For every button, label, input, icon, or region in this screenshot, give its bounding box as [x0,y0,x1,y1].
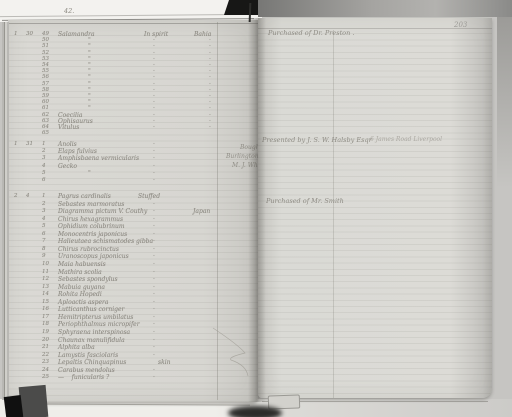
binder-clip-arm [4,395,24,417]
ditto-mark-spirit: · [153,269,155,276]
item-number: 6 [42,231,46,238]
margin-day: 31 [26,141,33,148]
remark-text: Purchased of Dr. Preston . [268,30,354,37]
top-gray-band [258,0,512,17]
species-name: Sebastes spondylus [58,276,118,283]
item-number: 17 [42,314,49,321]
species-name: Chirus hexagrammus [58,216,123,223]
item-number: 3 [42,155,46,162]
ditto-mark-spirit: · [153,223,155,230]
item-number: 3 [42,208,46,215]
item-number: 22 [42,352,49,359]
species-name: Lutticanthus corniger [58,306,124,313]
ditto-mark-spirit: · [153,291,155,298]
ditto-mark-spirit: · [153,208,155,215]
ledger-photo: 42. 1 30 49 Salamandra In spirit Bahia [0,0,512,417]
remark-subtext: 6 James Road Liverpool [370,136,442,143]
header-rule [8,23,258,24]
species-name: Carabus mendolus [58,367,115,374]
species-name: Amphisbaena vermicularis [58,155,139,162]
item-number: 1 [42,141,46,148]
row-annotation: Japan [193,208,210,215]
item-number: 4 [42,216,46,223]
item-number: 65 [42,130,49,137]
right-background [497,17,512,397]
species-name: Uranoscopus japonicus [58,253,129,260]
ditto-mark-spirit: · [153,216,155,223]
item-number: 19 [42,329,49,336]
right-page: 203 Purchased of Dr. Preston . Presented… [258,18,492,398]
item-number: 1 [42,193,46,200]
ditto-mark-spirit: · [153,170,155,177]
species-name: Aploactis aspera [58,299,108,306]
ditto-mark-spirit: · [153,337,155,344]
item-number: 10 [42,261,49,268]
ditto-mark-spirit: · [153,306,155,313]
ledger-row: 6 · [8,177,258,185]
item-number: 15 [42,299,49,306]
item-number: 11 [42,269,49,276]
ditto-mark-spirit: · [153,352,155,359]
ledger-row: 65 [8,130,258,138]
left-folio-number: 42. [64,7,74,15]
ditto-mark-spirit: · [153,141,155,148]
species-name: Sebastes marmoratus [58,201,124,208]
item-number: 7 [42,238,46,245]
item-number: 4 [42,163,46,170]
ditto-mark-spirit: · [153,261,155,268]
species-name: Chirus rubrocinctus [58,246,119,253]
ditto-mark-spirit: · [153,321,155,328]
item-number: 16 [42,306,49,313]
ditto-mark-spirit: · [153,148,155,155]
species-name: Elaps fulvius [58,148,97,155]
species-name: Pagrus cardinalis [58,193,111,200]
species-name: Sphyraena interspinosa [58,329,130,336]
item-number: 5 [42,223,46,230]
species-name: Alphita alba [58,344,95,351]
species-name: Lepaltis Chinquapinus [58,359,126,366]
ditto-mark-spirit: · [153,246,155,253]
item-number: 8 [42,246,46,253]
ditto-mark-spirit: · [153,253,155,260]
remark-text: Purchased of Mr. Smith [266,198,344,205]
species-name: Lamystis fasciolaris [58,352,118,359]
item-number: 23 [42,359,49,366]
book-gutter [248,18,266,402]
ditto-mark-spirit: · [153,374,155,381]
ditto-mark-spirit: · [153,231,155,238]
ditto-mark-spirit: · [153,344,155,351]
species-name: Maia habuensis [58,261,106,268]
item-number: 9 [42,253,46,260]
ditto-mark-spirit: · [153,314,155,321]
item-number: 12 [42,276,49,283]
row-annotation: Stuffed [138,193,160,200]
margin-day: 4 [26,193,30,200]
ditto-mark-spirit: · [153,177,155,184]
species-name: Periophthalmus micropifer [58,321,140,328]
shadow-smudge [228,406,282,417]
ditto-mark-spirit: · [153,367,155,374]
ditto-mark-name: " [88,170,91,177]
item-number: 18 [42,321,49,328]
species-name: Ophidium colubrinum [58,223,125,230]
species-name: Chaunax manulifidula [58,337,125,344]
item-number: 2 [42,201,46,208]
species-name: Mabuia guyana [58,284,105,291]
item-number: 13 [42,284,49,291]
ditto-mark-spirit: · [153,238,155,245]
column-rule [333,30,334,398]
row-annotation: skin [158,359,171,366]
species-name: Diagramma pictum V. Couthy [58,208,147,215]
ditto-mark-spirit: · [153,163,155,170]
ditto-mark-spirit: · [153,329,155,336]
right-folio-number: 203 [454,21,467,29]
species-name: Hemitripterus umbilatus [58,314,133,321]
left-page: 1 30 49 Salamandra In spirit Bahia 50 [8,20,258,402]
left-page-edges [2,22,9,400]
ditto-mark-spirit: · [153,284,155,291]
remark-text: Presented by J. S. W. Halsby Esqr [262,137,372,144]
item-number: 21 [42,344,49,351]
species-name: Monocentris japonicus [58,231,127,238]
ditto-mark-spirit: · [153,276,155,283]
item-number: 24 [42,367,49,374]
species-name: Mathira scolia [58,269,102,276]
ditto-mark-spirit: · [153,155,155,162]
ditto-mark-spirit: · [153,201,155,208]
binder-clip [19,385,49,417]
item-number: 6 [42,177,46,184]
item-number: 5 [42,170,46,177]
item-number: 25 [42,374,49,381]
item-number: 14 [42,291,49,298]
item-number: 20 [42,337,49,344]
ditto-mark-spirit: · [153,299,155,306]
species-name: — funicularis ? [58,374,109,381]
species-name: Gecko [58,163,77,170]
margin-month: 1 [14,141,18,148]
species-name: Halieutaea schismatodes gibba [58,238,153,245]
species-name: Anolis [58,141,77,148]
species-name: Rohita Hopedi [58,291,102,298]
margin-month: 2 [14,193,18,200]
